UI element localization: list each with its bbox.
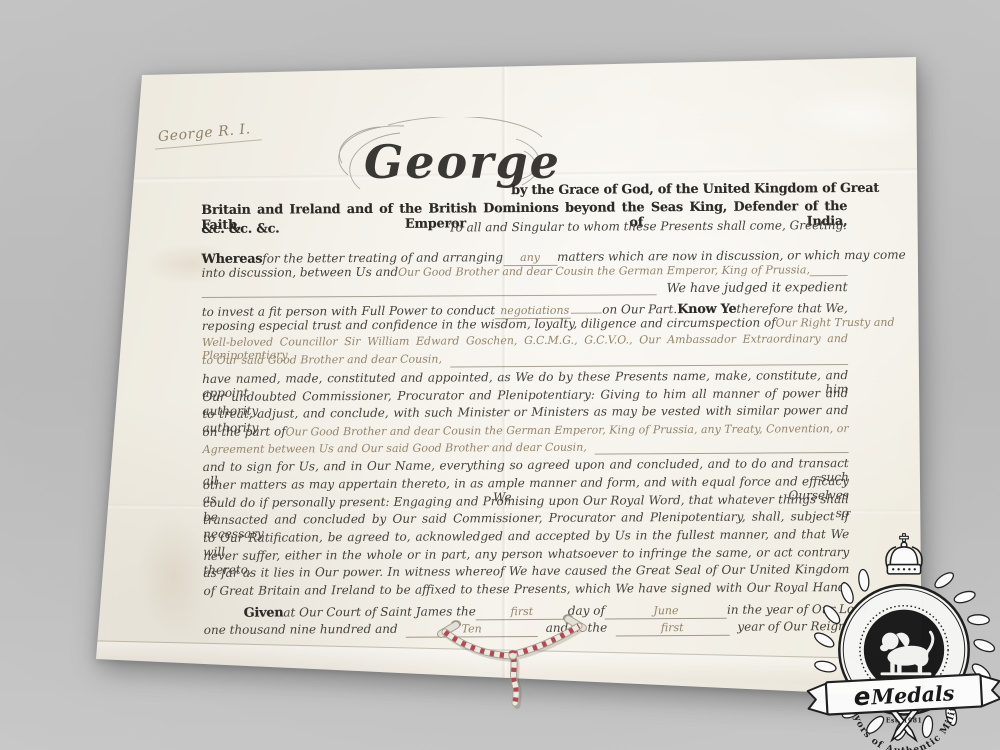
document-text: by the Grace of God, of the United Kingd… <box>201 177 850 637</box>
brand-banner: eMedals <box>807 673 1000 715</box>
salutation: To all and Singular to whom these Presen… <box>448 218 847 234</box>
royal-sign-manual: George R. I. <box>153 120 261 149</box>
etceteras: &c. &c. &c. <box>201 222 279 237</box>
paper-highlight <box>778 85 938 145</box>
emedals-watermark: Purveyors of Authentic Militaria eMe <box>806 532 1000 750</box>
established-text: Est. 1981 <box>886 717 922 724</box>
paper-stain <box>138 515 208 635</box>
crown-icon <box>886 534 922 574</box>
document-line: by the Grace of God, of the United Kingd… <box>511 181 879 198</box>
cord-tips <box>441 619 583 634</box>
photo-background: George R. I. George by the Grace of God,… <box>0 0 1000 750</box>
seal-cord <box>425 592 605 710</box>
